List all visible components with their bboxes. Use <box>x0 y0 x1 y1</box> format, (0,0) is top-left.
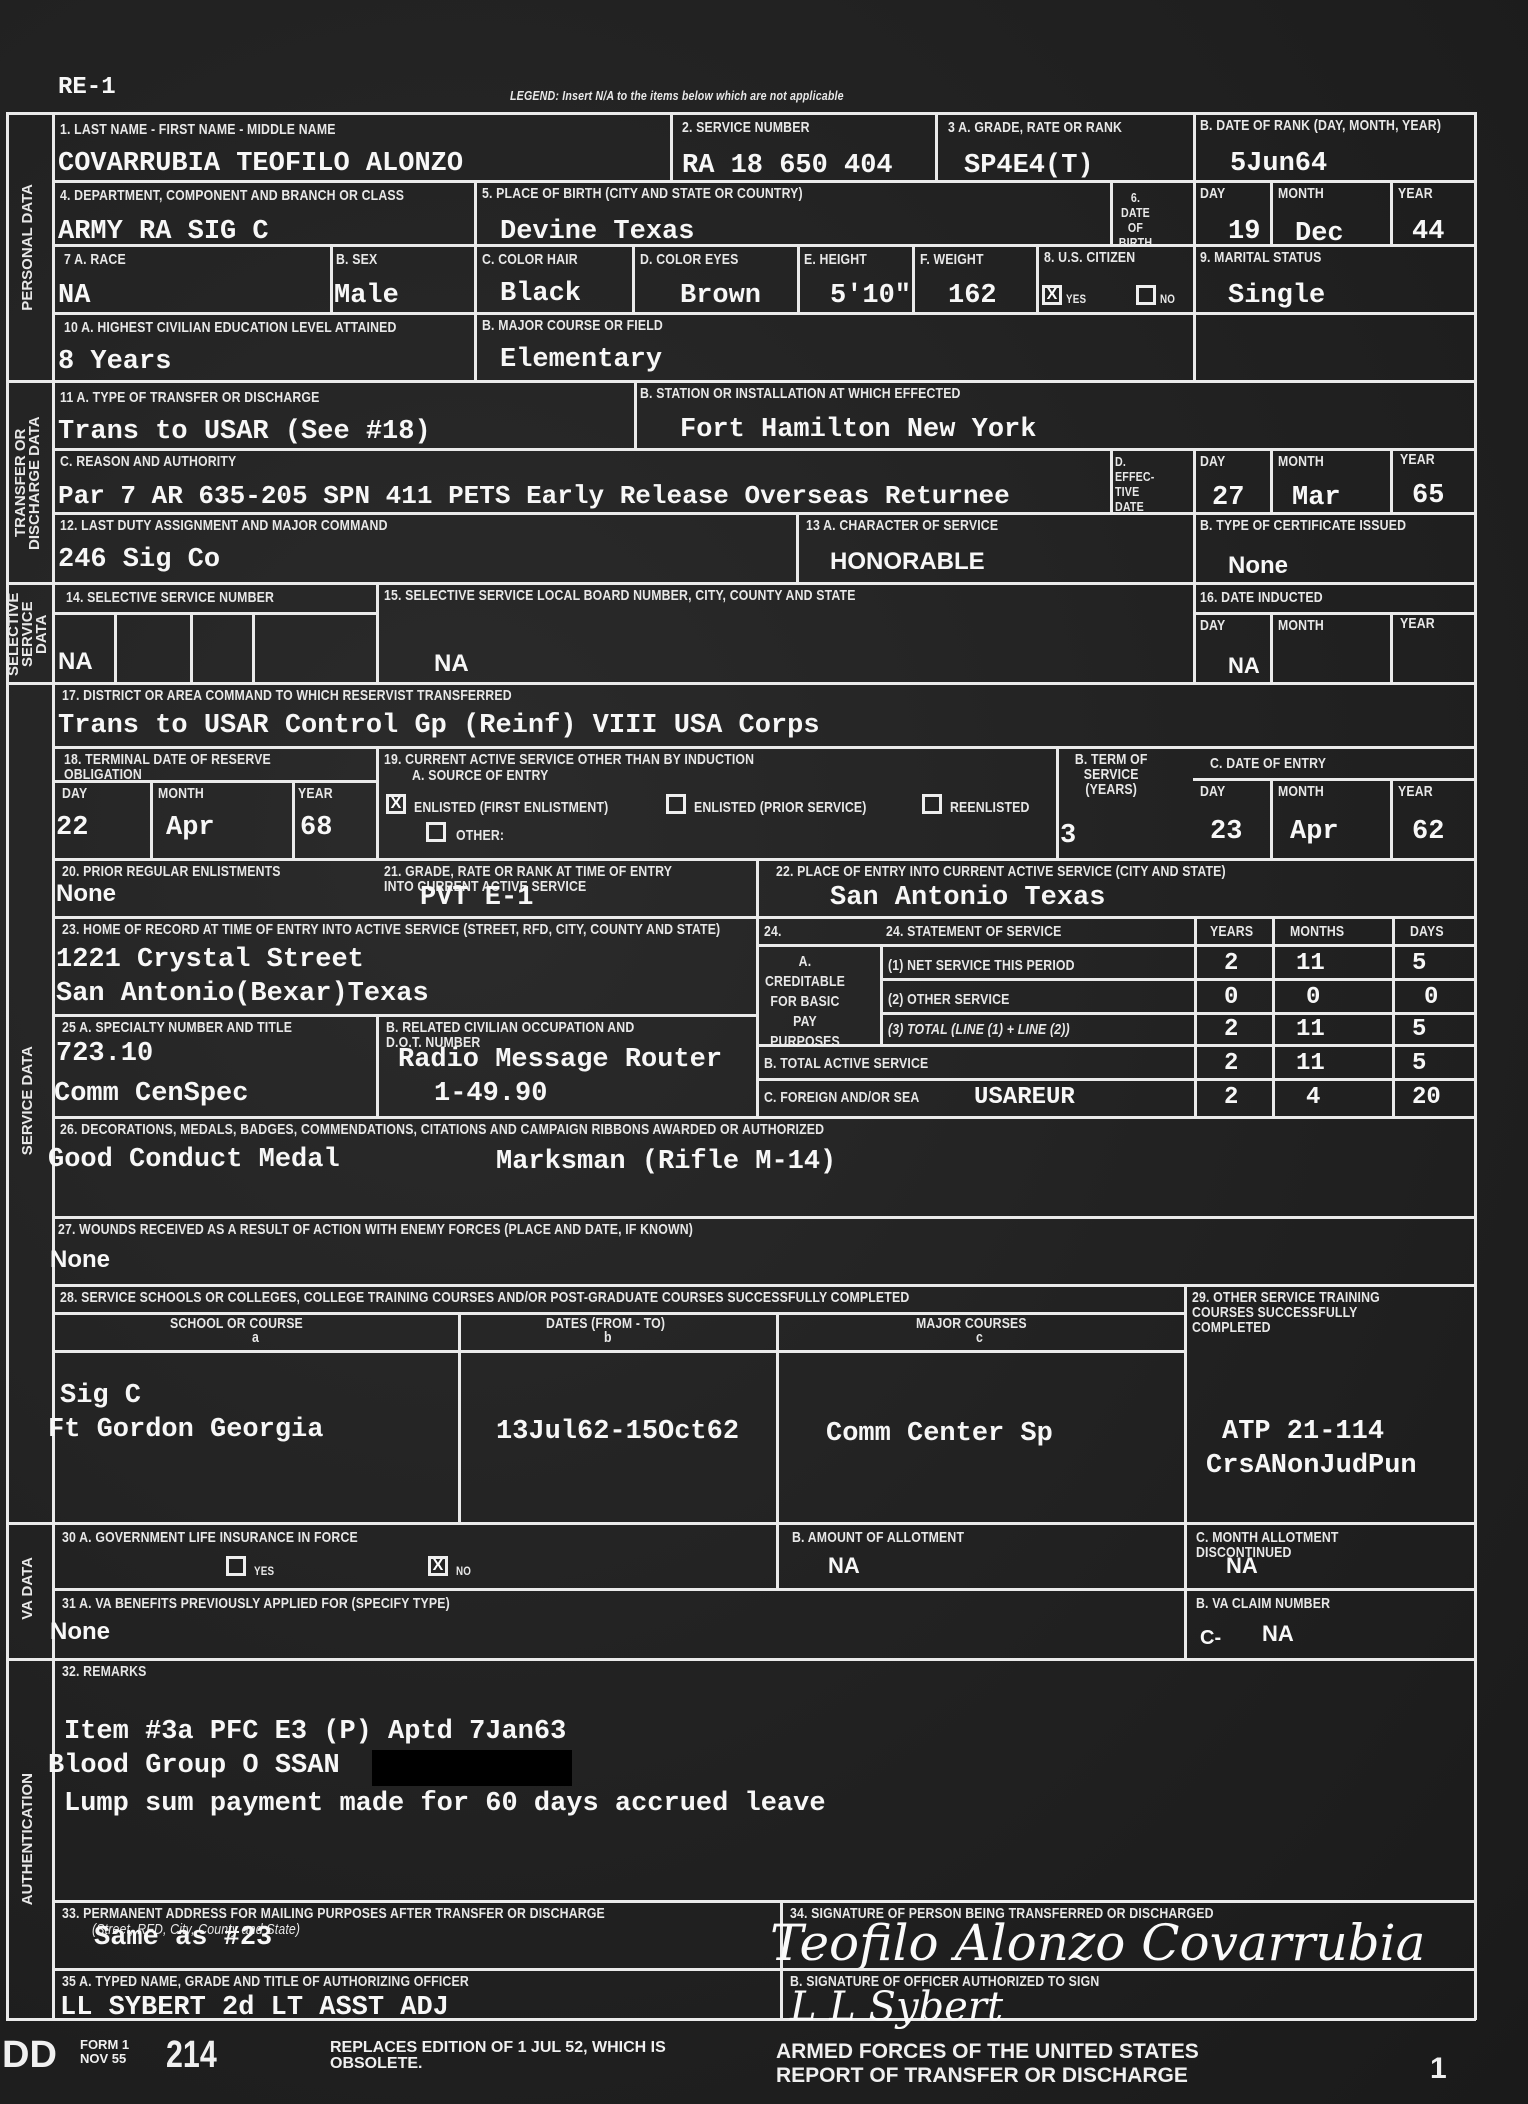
row-divider <box>756 1044 1476 1047</box>
statement-label: 24. STATEMENT OF SERVICE <box>886 924 1061 939</box>
divider <box>634 380 637 450</box>
divider <box>114 612 117 682</box>
divider <box>376 582 379 682</box>
net-service-months: 11 <box>1296 950 1325 978</box>
sex-value: Male <box>334 282 399 310</box>
character-value: HONORABLE <box>830 548 985 576</box>
school-dates: 13Jul62-15Oct62 <box>496 1418 739 1446</box>
specialty-title: Comm CenSpec <box>54 1080 248 1108</box>
frame-top <box>6 112 1476 115</box>
divider <box>458 1312 461 1522</box>
total-active-days: 5 <box>1412 1050 1426 1078</box>
divider <box>797 244 800 312</box>
grade-entry-value: PVT E-1 <box>420 884 533 912</box>
weight-value: 162 <box>948 282 997 310</box>
last-duty-value: 246 Sig Co <box>58 546 220 574</box>
term-month: Apr <box>166 814 215 842</box>
frame-right <box>1474 112 1477 2020</box>
divider <box>474 180 477 380</box>
citizen-yes-label: YES <box>1066 292 1086 307</box>
net-service-label: (1) NET SERVICE THIS PERIOD <box>888 958 1075 973</box>
col-school: SCHOOL OR COURSE <box>170 1316 303 1331</box>
section-divider <box>6 380 1476 383</box>
side-label-personal: PERSONAL DATA <box>6 114 50 380</box>
row-divider <box>52 312 1476 315</box>
term-year-label: YEAR <box>298 786 333 801</box>
source-other-label: OTHER: <box>456 828 504 843</box>
eff-month-label: MONTH <box>1278 454 1324 469</box>
divider <box>1110 448 1113 512</box>
reason-label: c. REASON AND AUTHORITY <box>60 454 236 469</box>
name-label: 1. LAST NAME - FIRST NAME - MIDDLE NAME <box>60 122 336 137</box>
divider <box>1056 746 1059 860</box>
side-label-transfer: TRANSFER OR DISCHARGE DATA <box>6 384 50 582</box>
eyes-value: Brown <box>680 282 761 310</box>
footer-title-1: ARMED FORCES OF THE UNITED STATES <box>776 2040 1199 2064</box>
specialty-number: 723.10 <box>56 1040 153 1068</box>
row-divider <box>52 1588 1476 1591</box>
divider <box>776 1522 779 1590</box>
divider <box>1036 244 1039 312</box>
total-label: (3) TOTAL (Line (1) + line (2)) <box>888 1022 1070 1037</box>
citizen-label: 8. U.S. CITIZEN <box>1044 250 1135 265</box>
side-label-va: VA DATA <box>6 1518 50 1658</box>
entry-month-label: MONTH <box>1278 784 1324 799</box>
divider <box>912 244 915 312</box>
source-reenlisted-label: REENLISTED <box>950 800 1030 815</box>
station-value: Fort Hamilton New York <box>680 416 1036 444</box>
other-training-label: 29. OTHER SERVICE TRAINING COURSES SUCCE… <box>1192 1290 1389 1335</box>
insurance-no-checkbox[interactable]: X <box>428 1556 448 1576</box>
divider <box>776 1312 779 1522</box>
other-service-days: 0 <box>1424 984 1438 1012</box>
discontinued-value: NA <box>1226 1552 1258 1580</box>
grade-value: SP4E4(T) <box>964 152 1094 180</box>
eff-day-label: DAY <box>1200 454 1225 469</box>
allotment-label: b. AMOUNT OF ALLOTMENT <box>792 1530 964 1545</box>
hair-label: c. COLOR HAIR <box>482 252 578 267</box>
divider <box>1193 180 1196 380</box>
address-value: Same as #23 <box>94 1924 272 1952</box>
row-divider <box>756 1078 1476 1081</box>
term-service-label: b. TERM OF SERVICE (Years) <box>1062 752 1160 797</box>
major-label: b. MAJOR COURSE OR FIELD <box>482 318 663 333</box>
row-divider <box>52 612 376 615</box>
divider <box>330 244 333 312</box>
dob-year-label: YEAR <box>1398 186 1433 201</box>
current-service-label: 19. CURRENT ACTIVE SERVICE OTHER THAN BY… <box>384 752 754 767</box>
divider <box>1270 778 1273 860</box>
board-value: NA <box>434 650 469 678</box>
row-divider <box>756 944 1476 947</box>
row-divider <box>52 780 376 783</box>
total-months: 11 <box>1296 1016 1325 1044</box>
officer-signature: L L Sybert <box>790 1984 1003 2030</box>
term-year: 68 <box>300 814 332 842</box>
weight-label: f. WEIGHT <box>920 252 984 267</box>
foreign-sea-label: c. FOREIGN AND/OR SEA <box>764 1090 919 1105</box>
wounds-value: None <box>50 1246 110 1274</box>
divider <box>756 858 759 918</box>
remarks-line3: Lump sum payment made for 60 days accrue… <box>64 1790 826 1818</box>
remarks-label: 32. REMARKS <box>62 1664 147 1679</box>
divider <box>1270 612 1273 682</box>
home-line1: 1221 Crystal Street <box>56 946 364 974</box>
divider <box>935 112 938 182</box>
dob-day-label: DAY <box>1200 186 1225 201</box>
source-other-checkbox[interactable] <box>426 822 446 842</box>
side-label-service: SERVICE DATA <box>6 686 50 1516</box>
other-service-years: 0 <box>1224 984 1238 1012</box>
reservist-label: 17. DISTRICT OR AREA COMMAND TO WHICH RE… <box>62 688 512 703</box>
row-divider <box>52 1968 1476 1971</box>
race-value: NA <box>58 282 90 310</box>
form-code: RE-1 <box>58 74 116 102</box>
citizen-no-label: NO <box>1160 292 1175 307</box>
member-signature: Teofilo Alonzo Covarrubia <box>770 1914 1425 1972</box>
dob-year: 44 <box>1412 218 1444 246</box>
foreign-sea-months: 4 <box>1306 1084 1320 1112</box>
entry-month: Apr <box>1290 818 1339 846</box>
awards-label: 26. DECORATIONS, MEDALS, BADGES, COMMEND… <box>60 1122 824 1137</box>
entry-year-label: YEAR <box>1398 784 1433 799</box>
ssan-redaction <box>372 1750 572 1786</box>
term-service-value: 3 <box>1060 822 1076 850</box>
home-line2: San Antonio(Bexar)Texas <box>56 980 429 1008</box>
effective-date-label: d. EFFEC-TIVE DATE <box>1115 454 1164 514</box>
section-divider <box>6 1658 1476 1661</box>
ss-number-value: NA <box>58 648 93 676</box>
col-days: DAYS <box>1410 924 1444 939</box>
footer-page-number: 1 <box>1430 2052 1447 2086</box>
ss-number-label: 14. SELECTIVE SERVICE NUMBER <box>66 590 274 605</box>
total-days: 5 <box>1412 1016 1426 1044</box>
sex-label: b. SEX <box>336 252 377 267</box>
entry-year: 62 <box>1412 818 1444 846</box>
board-label: 15. SELECTIVE SERVICE LOCAL BOARD NUMBER… <box>384 588 856 603</box>
benefits-value: None <box>50 1618 110 1646</box>
divider <box>1270 180 1273 244</box>
col-dates-sub: b <box>604 1330 612 1345</box>
prior-value: None <box>56 880 116 908</box>
other-service-months: 0 <box>1306 984 1320 1012</box>
school-major: Comm Center Sp <box>826 1420 1053 1448</box>
footer-title-2: REPORT OF TRANSFER OR DISCHARGE <box>776 2064 1188 2088</box>
term-day-label: DAY <box>62 786 87 801</box>
major-value: Elementary <box>500 346 662 374</box>
marital-value: Single <box>1228 282 1325 310</box>
civilian-value: Radio Message Router <box>398 1046 722 1074</box>
row-divider <box>52 1284 1476 1287</box>
insurance-no-label: NO <box>456 1564 471 1579</box>
school-line2: Ft Gordon Georgia <box>48 1416 323 1444</box>
divider <box>1390 612 1393 682</box>
divider <box>1110 180 1113 244</box>
total-active-label: b. TOTAL ACTIVE SERVICE <box>764 1056 928 1071</box>
divider <box>632 244 635 312</box>
discontinued-label: c. MONTH ALLOTMENT DISCONTINUED <box>1196 1530 1360 1560</box>
net-service-years: 2 <box>1224 950 1238 978</box>
section-divider <box>6 582 1476 585</box>
hair-value: Black <box>500 280 581 308</box>
officer-label: 35 a. TYPED NAME, GRADE AND TITLE OF AUT… <box>62 1974 469 1989</box>
term-day: 22 <box>56 814 88 842</box>
source-entry-label: a. SOURCE OF ENTRY <box>412 768 548 783</box>
last-duty-label: 12. LAST DUTY ASSIGNMENT AND MAJOR COMMA… <box>60 518 388 533</box>
place-entry-value: San Antonio Texas <box>830 884 1105 912</box>
citizen-yes-checkbox[interactable]: X <box>1042 285 1062 305</box>
total-active-years: 2 <box>1224 1050 1238 1078</box>
foreign-sea-location: USAREUR <box>974 1084 1075 1112</box>
date-entry-label: c. DATE OF ENTRY <box>1210 756 1326 771</box>
divider <box>1390 448 1393 512</box>
divider <box>796 512 799 582</box>
row-divider <box>52 448 1476 451</box>
birthplace-label: 5. PLACE OF BIRTH (City and State or Cou… <box>482 186 803 201</box>
certificate-value: None <box>1228 552 1288 580</box>
other-training-line2: CrsANonJudPun <box>1206 1452 1417 1480</box>
reason-value: Par 7 AR 635-205 SPN 411 PETS Early Rele… <box>58 482 1010 510</box>
school-line1: Sig C <box>60 1382 141 1410</box>
wounds-label: 27. WOUNDS RECEIVED AS A RESULT OF ACTIO… <box>58 1222 693 1237</box>
row-divider <box>52 1216 1476 1219</box>
row-divider <box>880 1012 1476 1015</box>
col-months: MONTHS <box>1290 924 1344 939</box>
home-label: 23. HOME OF RECORD AT TIME OF ENTRY INTO… <box>62 922 720 937</box>
schools-label: 28. SERVICE SCHOOLS OR COLLEGES, COLLEGE… <box>60 1290 909 1305</box>
row-divider <box>52 1350 1184 1353</box>
footer-replaces: REPLACES EDITION OF 1 JUL 52, WHICH IS O… <box>330 2040 720 2072</box>
service-number-label: 2. SERVICE NUMBER <box>682 120 810 135</box>
specialty-label: 25 a. SPECIALTY NUMBER AND TITLE <box>62 1020 292 1035</box>
award-item: Good Conduct Medal <box>48 1146 340 1174</box>
dob-label: 6. DATE OF BIRTH <box>1115 190 1156 250</box>
inducted-day-label: DAY <box>1200 618 1225 633</box>
inducted-label: 16. DATE INDUCTED <box>1200 590 1323 605</box>
row-divider <box>52 180 1476 183</box>
footer-form-number: 214 <box>166 2034 217 2077</box>
inducted-day: NA <box>1228 652 1260 680</box>
source-prior-service-checkbox[interactable] <box>666 794 686 814</box>
divider <box>880 944 883 1044</box>
foreign-sea-years: 2 <box>1224 1084 1238 1112</box>
dob-month-label: MONTH <box>1278 186 1324 201</box>
side-divider <box>52 112 55 2020</box>
foreign-sea-days: 20 <box>1412 1084 1441 1112</box>
height-value: 5'10" <box>830 282 911 310</box>
total-years: 2 <box>1224 1016 1238 1044</box>
row-divider <box>52 1900 1476 1903</box>
other-service-label: (2) OTHER SERVICE <box>888 992 1009 1007</box>
entry-day: 23 <box>1210 818 1242 846</box>
divider <box>1184 1284 1187 1522</box>
legend: LEGEND: Insert N/A to the items below wh… <box>510 88 844 103</box>
row-divider <box>1193 778 1475 781</box>
divider <box>1193 112 1196 182</box>
citizen-no-checkbox[interactable] <box>1136 285 1156 305</box>
service-number-value: RA 18 650 404 <box>682 152 893 180</box>
divider <box>1193 512 1196 682</box>
divider <box>1193 448 1196 512</box>
benefits-label: 31 a. VA BENEFITS PREVIOUSLY APPLIED FOR… <box>62 1596 450 1611</box>
divider <box>1390 180 1393 244</box>
dd214-form: RE-1 LEGEND: Insert N/A to the items bel… <box>0 0 1528 2104</box>
inducted-month-label: MONTH <box>1278 618 1324 633</box>
eyes-label: d. COLOR EYES <box>640 252 739 267</box>
footer-form-label: FORM 1 NOV 55 <box>80 2038 150 2066</box>
row-divider <box>52 746 1476 749</box>
row-divider <box>52 916 1476 919</box>
transfer-type-value: Trans to USAR (See #18) <box>58 418 431 446</box>
col-school-sub: a <box>252 1330 259 1345</box>
total-active-months: 11 <box>1296 1050 1325 1078</box>
remarks-line1: Item #3a PFC E3 (P) Aptd 7Jan63 <box>64 1718 566 1746</box>
divider <box>252 612 255 682</box>
eff-year: 65 <box>1412 482 1444 510</box>
divider <box>1270 448 1273 512</box>
claim-value: NA <box>1262 1620 1294 1648</box>
section-divider <box>6 1522 1476 1525</box>
row-divider <box>880 978 1476 981</box>
section-divider <box>6 682 1476 685</box>
height-label: e. HEIGHT <box>804 252 867 267</box>
divider <box>150 780 153 860</box>
source-reenlisted-checkbox[interactable] <box>922 794 942 814</box>
row-divider <box>52 512 1476 515</box>
divider <box>1390 778 1393 860</box>
education-label: 10 a. HIGHEST CIVILIAN EDUCATION LEVEL A… <box>64 320 397 335</box>
divider <box>376 1014 379 1116</box>
col-years: YEARS <box>1210 924 1253 939</box>
terminal-label: 18. TERMINAL DATE OF RESERVE OBLIGATION <box>64 752 285 782</box>
grade-label: 3 a. GRADE, RATE OR RANK <box>948 120 1122 135</box>
marital-label: 9. MARITAL STATUS <box>1200 250 1321 265</box>
divider <box>292 780 295 860</box>
department-value: ARMY RA SIG C <box>58 218 269 246</box>
row-divider <box>52 1116 1476 1119</box>
side-label-auth: AUTHENTICATION <box>6 1660 50 2018</box>
claim-label: b. VA CLAIM NUMBER <box>1196 1596 1330 1611</box>
insurance-yes-label: YES <box>254 1564 274 1579</box>
claim-prefix: C- <box>1200 1624 1221 1652</box>
dob-day: 19 <box>1228 218 1260 246</box>
col-major: MAJOR COURSES <box>916 1316 1027 1331</box>
statement-number: 24. <box>764 924 782 939</box>
insurance-yes-checkbox[interactable] <box>226 1556 246 1576</box>
allotment-value: NA <box>828 1552 860 1580</box>
col-major-sub: c <box>976 1330 983 1345</box>
net-service-days: 5 <box>1412 950 1426 978</box>
source-first-enlistment-label: ENLISTED (First Enlistment) <box>414 800 608 815</box>
prior-label: 20. PRIOR REGULAR ENLISTMENTS <box>62 864 281 879</box>
eff-day: 27 <box>1212 484 1244 512</box>
officer-value: LL SYBERT 2d LT ASST ADJ <box>60 1994 449 2022</box>
insurance-label: 30 a. GOVERNMENT LIFE INSURANCE IN FORCE <box>62 1530 358 1545</box>
footer-dd: DD <box>2 2034 57 2077</box>
name-value: COVARRUBIA TEOFILO ALONZO <box>58 150 463 178</box>
source-first-enlistment-checkbox[interactable]: X <box>386 794 406 814</box>
term-month-label: MONTH <box>158 786 204 801</box>
education-value: 8 Years <box>58 348 171 376</box>
divider <box>376 746 379 860</box>
dot-number: 1-49.90 <box>434 1080 547 1108</box>
award-item: Marksman (Rifle M-14) <box>496 1148 836 1176</box>
reservist-value: Trans to USAR Control Gp (Reinf) VIII US… <box>58 712 820 740</box>
row-divider <box>52 858 1476 861</box>
place-entry-label: 22. PLACE OF ENTRY INTO CURRENT ACTIVE S… <box>776 864 1226 879</box>
remarks-line2: Blood Group O SSAN <box>48 1752 340 1780</box>
certificate-label: b. TYPE OF CERTIFICATE ISSUED <box>1200 518 1413 533</box>
date-of-rank-label: b. DATE OF RANK (Day, Month, Year) <box>1200 118 1441 133</box>
divider <box>670 112 673 182</box>
divider <box>190 612 193 682</box>
transfer-type-label: 11 a. TYPE OF TRANSFER OR DISCHARGE <box>60 390 320 405</box>
eff-month: Mar <box>1292 484 1341 512</box>
row-divider <box>52 244 1476 247</box>
character-label: 13 a. CHARACTER OF SERVICE <box>806 518 998 533</box>
inducted-year-label: YEAR <box>1400 616 1435 631</box>
station-label: b. STATION OR INSTALLATION AT WHICH EFFE… <box>640 386 961 401</box>
race-label: 7 a. RACE <box>64 252 126 267</box>
row-divider <box>52 1014 758 1017</box>
address-label: 33. PERMANENT ADDRESS FOR MAILING PURPOS… <box>62 1906 605 1921</box>
entry-day-label: DAY <box>1200 784 1225 799</box>
birthplace-value: Devine Texas <box>500 218 694 246</box>
side-label-selective: SELECTIVE SERVICE DATA <box>6 584 50 684</box>
date-of-rank-value: 5Jun64 <box>1230 150 1327 178</box>
creditable-label: a. CREDITABLE FOR BASIC PAY PURPOSES <box>764 952 846 1052</box>
source-prior-service-label: ENLISTED (Prior Service) <box>694 800 867 815</box>
other-training-line1: ATP 21-114 <box>1222 1418 1384 1446</box>
eff-year-label: YEAR <box>1400 452 1435 467</box>
department-label: 4. DEPARTMENT, COMPONENT AND BRANCH OR C… <box>60 188 404 203</box>
